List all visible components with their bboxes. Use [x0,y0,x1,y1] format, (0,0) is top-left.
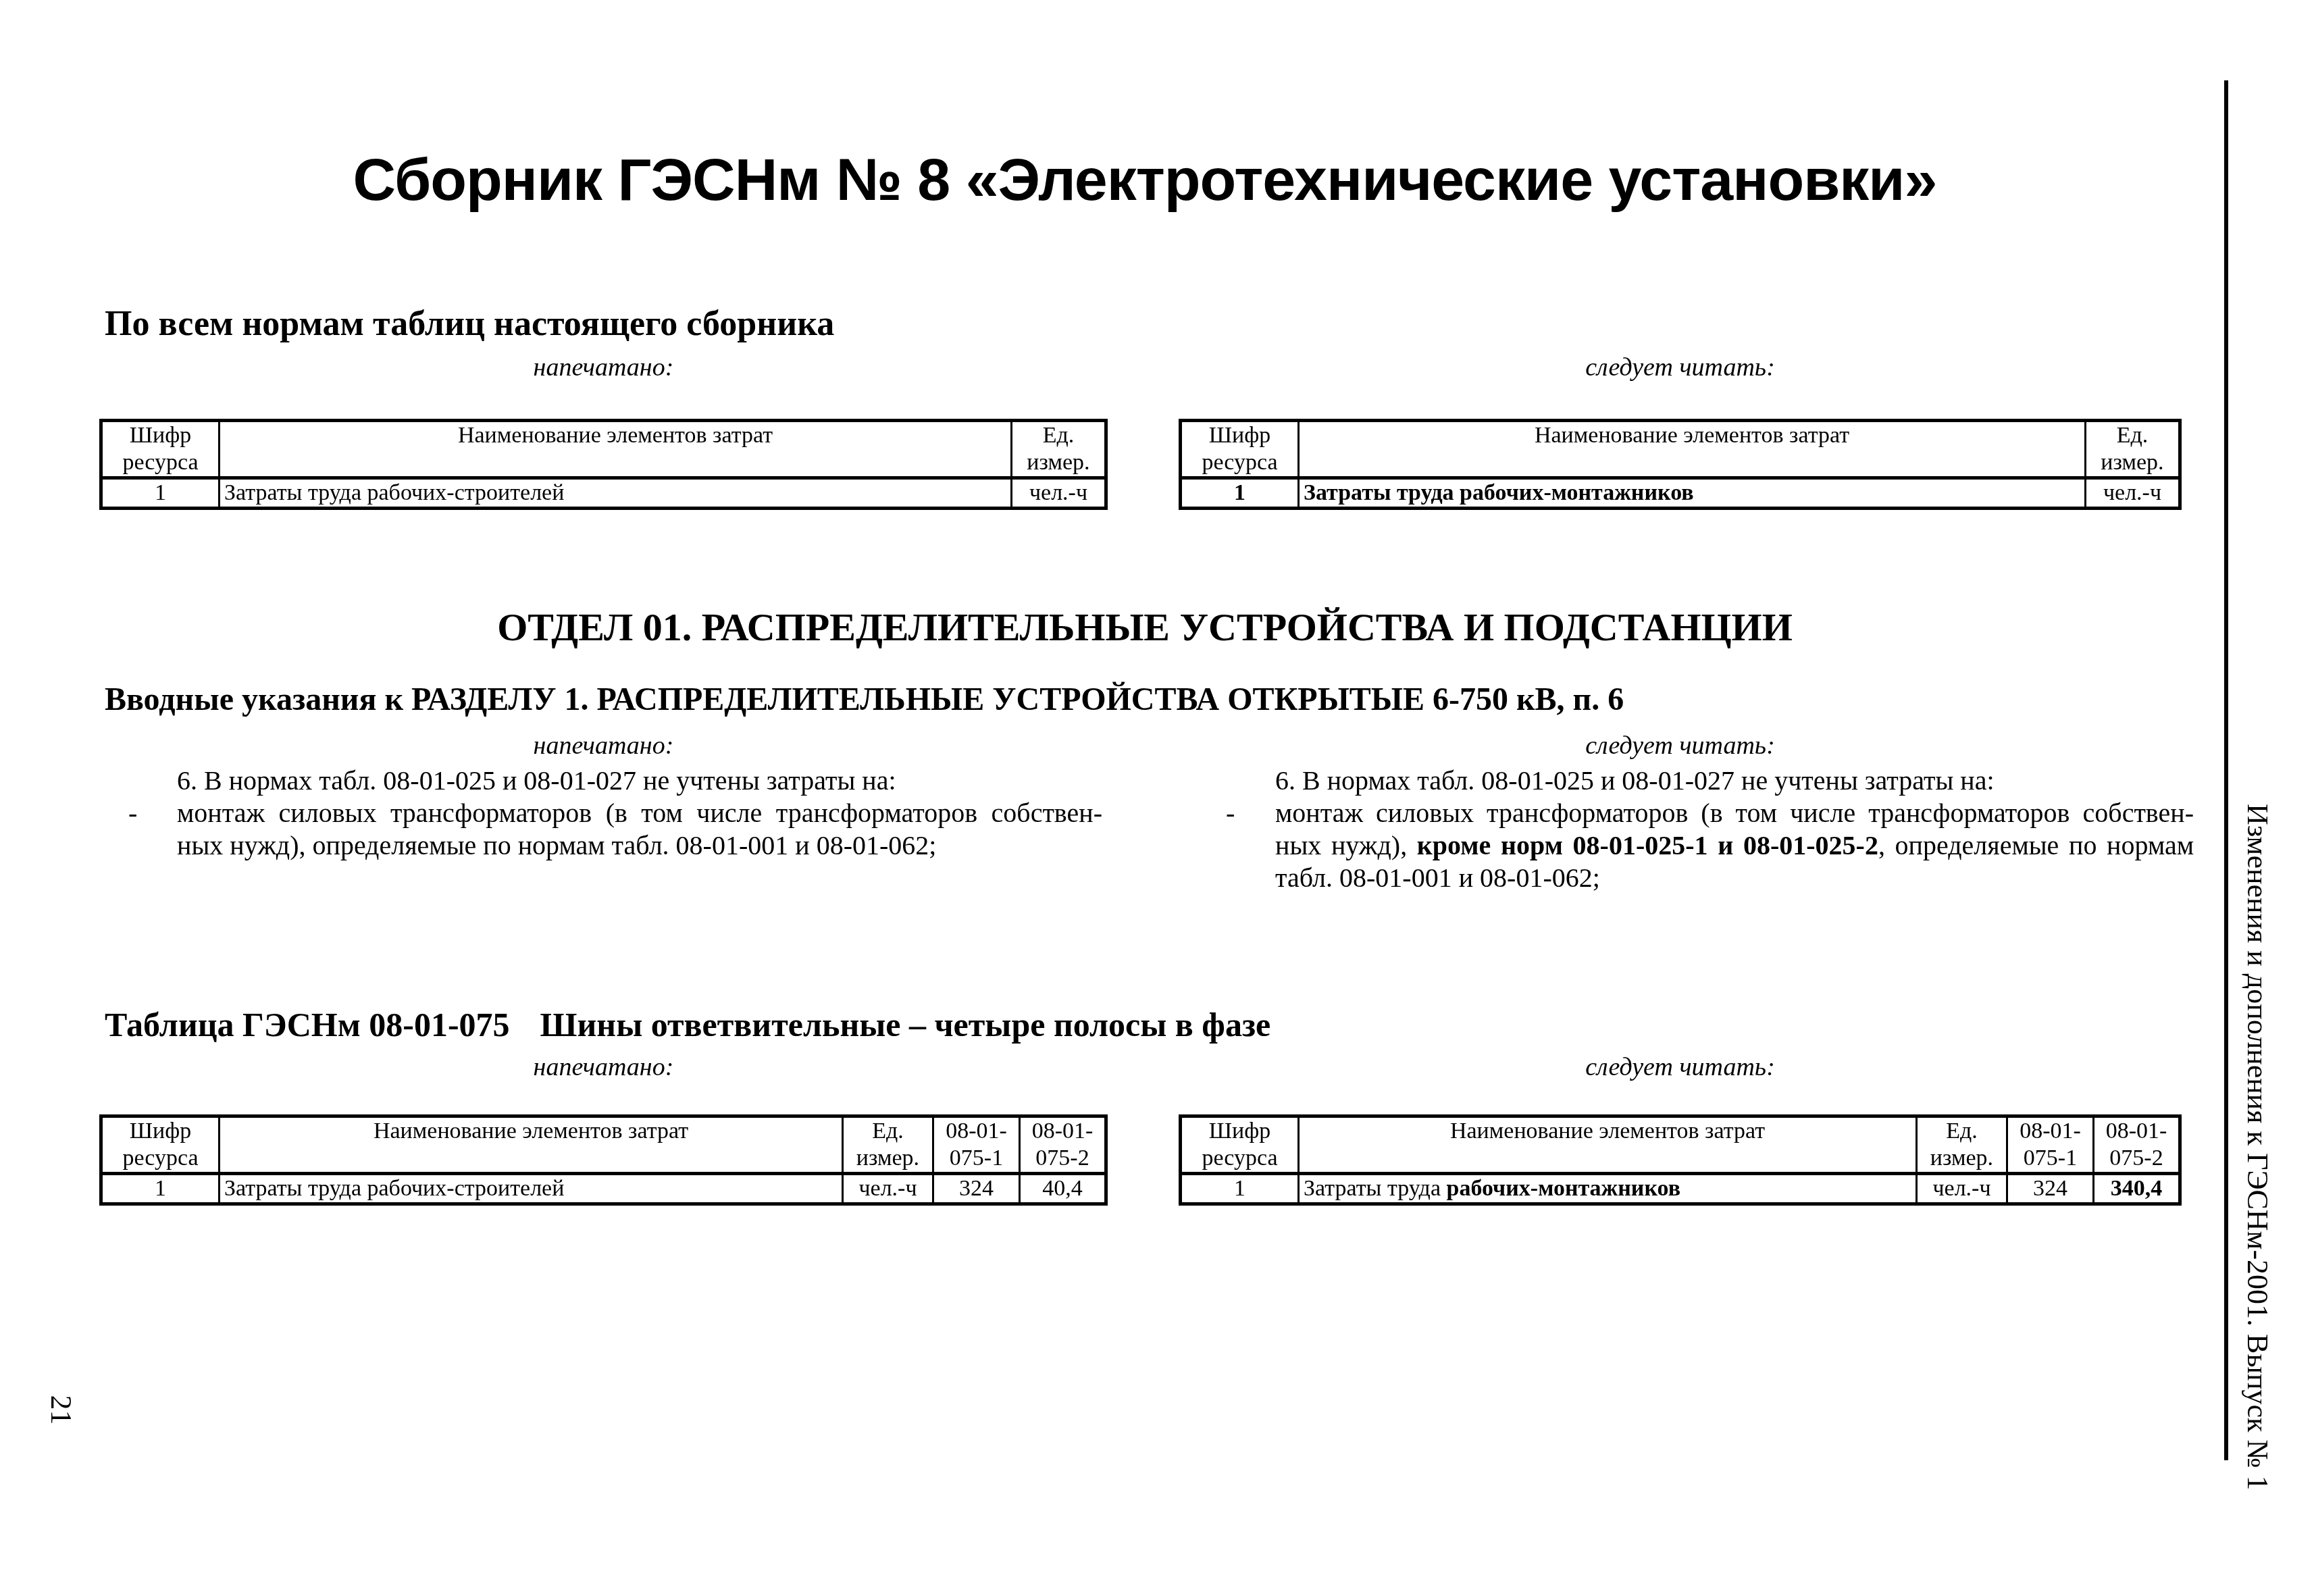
header-cost-name: Наименование элементов затрат [220,1116,843,1174]
header-resource-code: Шифр ресурса [101,1116,220,1174]
header-unit: Ед. измер. [1012,421,1106,478]
page-number: 21 [41,1398,81,1452]
header-cost-name: Наименование элементов затрат [220,421,1012,478]
section-heading-all-norms: По всем нормам таблиц настоящего сборник… [105,304,834,344]
cell-unit: чел.-ч [1917,1174,2007,1204]
header-cost-name: Наименование элементов затрат [1299,421,2086,478]
cell-code: 1 [1181,478,1299,509]
text-run-bold: рабочих-монтажников [1447,1176,1681,1201]
cell-name: Затраты труда рабочих-строителей [220,1174,843,1204]
cell-unit: чел.-ч [843,1174,933,1204]
cell-unit: чел.-ч [2086,478,2180,509]
header-unit: Ед. измер. [843,1116,933,1174]
paragraph-line: ных нужд), кроме норм 08-01-025-1 и 08-0… [1275,829,2194,862]
intro-heading: Вводные указания к РАЗДЕЛУ 1. РАСПРЕДЕЛИ… [105,681,1624,718]
caption-printed: напечатано: [99,731,1108,761]
paragraph-line: ных нужд), определяемые по нормам табл. … [177,829,1102,862]
side-caption: Изменения и дополнения к ГЭСНм-2001. Вып… [2242,804,2276,1445]
header-cost-name: Наименование элементов затрат [1299,1116,1917,1174]
text-run: Затраты труда [1304,1176,1447,1201]
paragraph-line: 6. В нормах табл. 08-01-025 и 08-01-027 … [1275,765,2194,797]
text-run: , определяемые по нормам [1878,830,2194,860]
cell-value-2: 340,4 [2094,1174,2180,1204]
corrected-table-all-norms: Шифр ресурса Наименование элементов затр… [1179,419,2182,510]
paragraph-line: монтаж силовых трансформаторов (в том чи… [177,797,1102,829]
header-unit: Ед. измер. [1917,1116,2007,1174]
text-run: ных нужд), [1275,830,1417,860]
table-row: 1 Затраты труда рабочих-монтажников чел.… [1181,478,2180,509]
bullet-dash: - [1226,797,1235,829]
header-resource-code: Шифр ресурса [1181,1116,1299,1174]
printed-table-075: Шифр ресурса Наименование элементов затр… [99,1114,1108,1206]
caption-should-read: следует читать: [1179,1052,2182,1082]
header-norm-2: 08-01-075-2 [2094,1116,2180,1174]
paragraph-line: монтаж силовых трансформаторов (в том чи… [1275,797,2194,829]
corrected-table-075: Шифр ресурса Наименование элементов затр… [1179,1114,2182,1206]
cell-code: 1 [1181,1174,1299,1204]
printed-paragraph: 6. В нормах табл. 08-01-025 и 08-01-027 … [177,765,1102,862]
printed-table-all-norms: Шифр ресурса Наименование элементов затр… [99,419,1108,510]
cell-name: Затраты труда рабочих-монтажников [1299,1174,1917,1204]
table-075-heading: Таблица ГЭСНм 08-01-075Шины ответвительн… [105,1005,1270,1044]
cell-unit: чел.-ч [1012,478,1106,509]
cell-code: 1 [101,478,220,509]
header-norm-1: 08-01-075-1 [933,1116,1020,1174]
caption-printed: напечатано: [99,1052,1108,1082]
cell-value-1: 324 [933,1174,1020,1204]
table-075-code: Таблица ГЭСНм 08-01-075 [105,1006,510,1044]
table-row: 1 Затраты труда рабочих-строителей чел.-… [101,1174,1106,1204]
header-resource-code: Шифр ресурса [1181,421,1299,478]
caption-should-read: следует читать: [1179,353,2182,382]
cell-code: 1 [101,1174,220,1204]
table-075-name: Шины ответвительные – четыре полосы в фа… [540,1006,1271,1044]
paragraph-line: 6. В нормах табл. 08-01-025 и 08-01-027 … [177,765,1102,797]
cell-name: Затраты труда рабочих-строителей [220,478,1012,509]
header-resource-code: Шифр ресурса [101,421,220,478]
bullet-dash: - [128,797,137,829]
header-norm-1: 08-01-075-1 [2007,1116,2094,1174]
paragraph-line: табл. 08-01-001 и 08-01-062; [1275,862,2194,894]
page-number-text: 21 [44,1395,78,1436]
cell-value-2: 40,4 [1020,1174,1106,1204]
cell-value-1: 324 [2007,1174,2094,1204]
caption-should-read: следует читать: [1179,731,2182,761]
corrected-paragraph: 6. В нормах табл. 08-01-025 и 08-01-027 … [1275,765,2194,894]
side-caption-text: Изменения и дополнения к ГЭСНм-2001. Вып… [2240,804,2275,1490]
header-norm-2: 08-01-075-2 [1020,1116,1106,1174]
page-title: Сборник ГЭСНм № 8 «Электротехнические ус… [0,145,2290,214]
caption-printed: напечатано: [99,353,1108,382]
department-heading: ОТДЕЛ 01. РАСПРЕДЕЛИТЕЛЬНЫЕ УСТРОЙСТВА И… [0,604,2290,650]
table-row: 1 Затраты труда рабочих-строителей чел.-… [101,478,1106,509]
header-unit: Ед. измер. [2086,421,2180,478]
table-row: 1 Затраты труда рабочих-монтажников чел.… [1181,1174,2180,1204]
text-run-bold: кроме норм 08-01-025-1 и 08-01-025-2 [1417,830,1878,860]
margin-rule [2224,80,2228,1460]
cell-name: Затраты труда рабочих-монтажников [1299,478,2086,509]
